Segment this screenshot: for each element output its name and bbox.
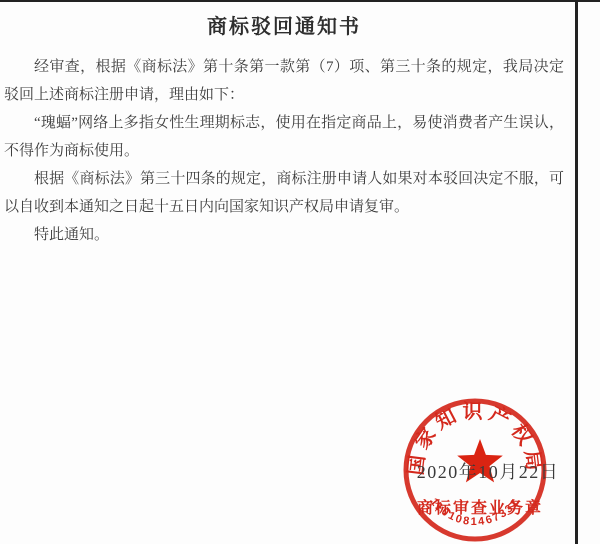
official-seal: 国家知识产权局 1101081467331 商标审查业务章 2020年10月22… — [398, 396, 566, 544]
page-edge-top — [0, 0, 600, 2]
official-seal-graphic: 国家知识产权局 1101081467331 商标审查业务章 2020年10月22… — [398, 396, 566, 544]
document-title: 商标驳回通知书 — [4, 10, 564, 39]
body-paragraph-4: 特此通知。 — [4, 221, 564, 249]
document-content: 商标驳回通知书 经审查，根据《商标法》第十条第一款第（7）项、第三十条的规定，我… — [4, 10, 564, 249]
body-paragraph-3: 根据《商标法》第三十四条的规定，商标注册申请人如果对本驳回决定不服，可以自收到本… — [4, 165, 564, 221]
seal-name-text: 商标审查业务章 — [417, 498, 543, 517]
document-page: 商标驳回通知书 经审查，根据《商标法》第十条第一款第（7）项、第三十条的规定，我… — [0, 0, 600, 544]
document-body: 经审查，根据《商标法》第十条第一款第（7）项、第三十条的规定，我局决定驳回上述商… — [4, 53, 564, 249]
body-paragraph-1: 经审查，根据《商标法》第十条第一款第（7）项、第三十条的规定，我局决定驳回上述商… — [4, 53, 564, 109]
body-paragraph-2: “瑰蝠”网络上多指女性生理期标志，使用在指定商品上，易使消费者产生误认，不得作为… — [4, 109, 564, 165]
seal-date-text: 2020年10月22日 — [417, 461, 560, 482]
page-edge-right — [575, 0, 578, 544]
